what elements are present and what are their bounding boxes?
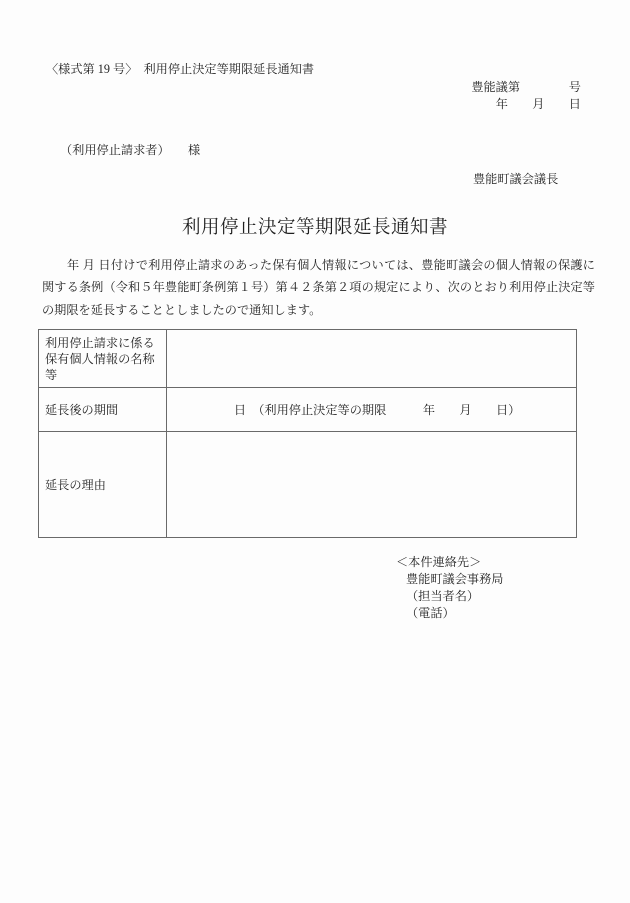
table-row-extension-reason: 延長の理由	[39, 432, 577, 538]
reference-block: 豊能議第 号 年 月 日	[300, 79, 581, 113]
row-label-extended-period: 延長後の期間	[39, 388, 167, 432]
contact-office: 豊能町議会事務局	[406, 571, 504, 588]
table-row-personal-info: 利用停止請求に係る保有個人情報の名称等	[39, 330, 577, 388]
row-value-extension-reason	[167, 432, 577, 538]
date-line: 年 月 日	[300, 96, 581, 113]
details-table: 利用停止請求に係る保有個人情報の名称等 延長後の期間 日 （利用停止決定等の期限…	[38, 329, 577, 538]
row-label-extension-reason: 延長の理由	[39, 432, 167, 538]
contact-heading: ＜本件連絡先＞	[396, 554, 504, 571]
sender-line: 豊能町議会議長	[473, 170, 558, 187]
document-title: 利用停止決定等期限延長通知書	[0, 213, 630, 239]
form-number-label: 〈様式第 19 号〉 利用停止決定等期限延長通知書	[46, 60, 314, 77]
row-label-personal-info: 利用停止請求に係る保有個人情報の名称等	[39, 330, 167, 388]
row-value-extended-period: 日 （利用停止決定等の期限 年 月 日）	[167, 388, 577, 432]
contact-lines: 豊能町議会事務局 （担当者名） （電話）	[396, 571, 504, 622]
contact-person: （担当者名）	[406, 588, 504, 605]
contact-block: ＜本件連絡先＞ 豊能町議会事務局 （担当者名） （電話）	[396, 554, 504, 622]
addressee-line: （利用停止請求者） 様	[60, 141, 200, 158]
contact-phone: （電話）	[406, 605, 504, 622]
document-page: 〈様式第 19 号〉 利用停止決定等期限延長通知書 豊能議第 号 年 月 日 （…	[0, 0, 630, 903]
reference-number-line: 豊能議第 号	[300, 79, 581, 96]
table-row-extended-period: 延長後の期間 日 （利用停止決定等の期限 年 月 日）	[39, 388, 577, 432]
row-value-personal-info	[167, 330, 577, 388]
body-paragraph: 年 月 日付けで利用停止請求のあった保有個人情報については、豊能町議会の個人情報…	[42, 254, 595, 321]
